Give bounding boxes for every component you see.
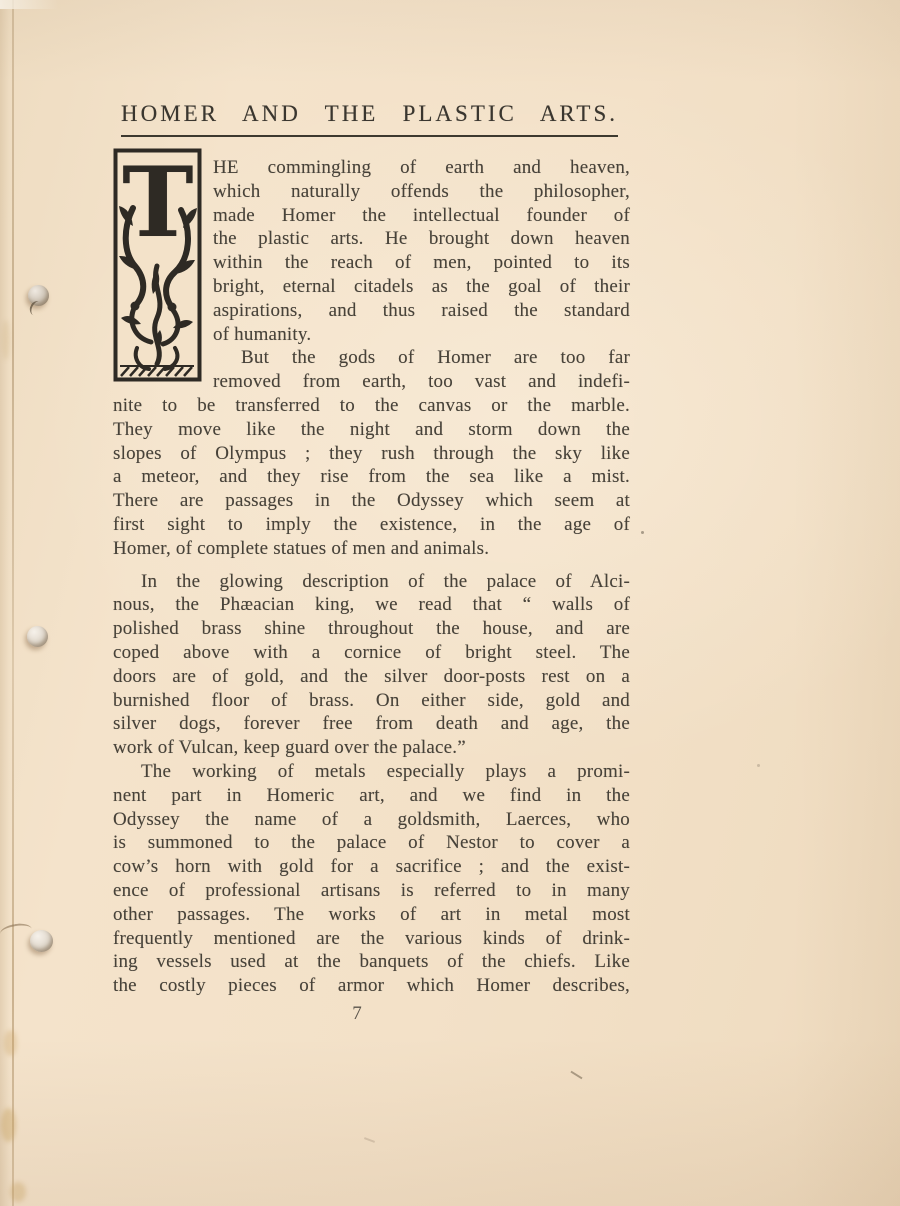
pencil-tick-mark <box>570 1071 582 1080</box>
first-paragraph-row: T <box>113 148 630 394</box>
text-line: the costly pieces of armor which Homer d… <box>113 974 630 998</box>
drop-cap-letter: T <box>122 148 194 259</box>
text-line: silver dogs, forever free from death and… <box>113 712 630 736</box>
text-line: first sight to imply the existence, in t… <box>113 513 630 537</box>
text-line: There are passages in the Odyssey which … <box>113 489 630 513</box>
paper-stain <box>1 1108 16 1142</box>
text-line: which naturally offends the philosopher, <box>213 180 630 204</box>
ink-fleck <box>757 764 760 767</box>
text-line: is summoned to the palace of Nestor to c… <box>113 831 630 855</box>
text-line: frequently mentioned are the various kin… <box>113 927 630 951</box>
text-line: other passages. The works of art in meta… <box>113 903 630 927</box>
text-line: made Homer the intellectual founder of <box>213 204 630 228</box>
text-line: The working of metals especially plays a… <box>113 760 630 784</box>
text-line: within the reach of men, pointed to its <box>213 251 630 275</box>
book-page-scan: HOMER AND THE PLASTIC ARTS. T <box>0 0 900 1206</box>
binding-hole <box>27 626 48 647</box>
text-line: doors are of gold, and the silver door-p… <box>113 665 630 689</box>
binding-hole <box>30 930 53 952</box>
text-line: nent part in Homeric art, and we find in… <box>113 784 630 808</box>
paper-stain <box>10 1182 26 1202</box>
text-line: aspirations, and thus raised the standar… <box>213 299 630 323</box>
page-corner-highlight <box>0 0 58 9</box>
text-line: polished brass shine throughout the hous… <box>113 617 630 641</box>
text-line: Odyssey the name of a goldsmith, Laerces… <box>113 808 630 832</box>
text-line: nite to be transferred to the canvas or … <box>113 394 630 418</box>
page-title: HOMER AND THE PLASTIC ARTS. <box>121 101 618 137</box>
paragraph-2-continued: nite to be transferred to the canvas or … <box>113 394 630 561</box>
text-line: a meteor, and they rise from the sea lik… <box>113 465 630 489</box>
text-line: work of Vulcan, keep guard over the pala… <box>113 736 630 760</box>
pencil-tick-mark <box>364 1137 375 1143</box>
paragraph-2-start: But the gods of Homer are too farremoved… <box>213 346 630 394</box>
text-line: removed from earth, too vast and indefi- <box>213 370 630 394</box>
text-beside-dropcap: HE commingling of earth and heaven,which… <box>213 156 630 394</box>
text-line: In the glowing description of the palace… <box>113 570 630 594</box>
text-line: coped above with a cornice of bright ste… <box>113 641 630 665</box>
text-line: cow’s horn with gold for a sacrifice ; a… <box>113 855 630 879</box>
drop-cap-ornament-icon: T <box>113 148 202 382</box>
text-line: Homer, of complete statues of men and an… <box>113 537 630 561</box>
text-line: slopes of Olympus ; they rush through th… <box>113 442 630 466</box>
text-column: T <box>113 148 630 998</box>
text-line: They move like the night and storm down … <box>113 418 630 442</box>
paragraph-3: In the glowing description of the palace… <box>113 570 630 760</box>
text-line: ence of professional artisans is referre… <box>113 879 630 903</box>
text-line: bright, eternal citadels as the goal of … <box>213 275 630 299</box>
text-line: HE commingling of earth and heaven, <box>213 156 630 180</box>
text-line: But the gods of Homer are too far <box>213 346 630 370</box>
paper-stain <box>2 320 10 360</box>
paragraph-1: HE commingling of earth and heaven,which… <box>213 156 630 346</box>
text-line: burnished floor of brass. On either side… <box>113 689 630 713</box>
paper-stain <box>4 1030 17 1056</box>
text-line: ing vessels used at the banquets of the … <box>113 950 630 974</box>
ink-fleck <box>641 531 644 534</box>
text-line: nous, the Phæacian king, we read that “ … <box>113 593 630 617</box>
text-line: of humanity. <box>213 323 630 347</box>
page-number: 7 <box>335 1003 379 1025</box>
paragraph-4: The working of metals especially plays a… <box>113 760 630 998</box>
page-crease <box>12 0 14 1206</box>
text-line: the plastic arts. He brought down heaven <box>213 227 630 251</box>
